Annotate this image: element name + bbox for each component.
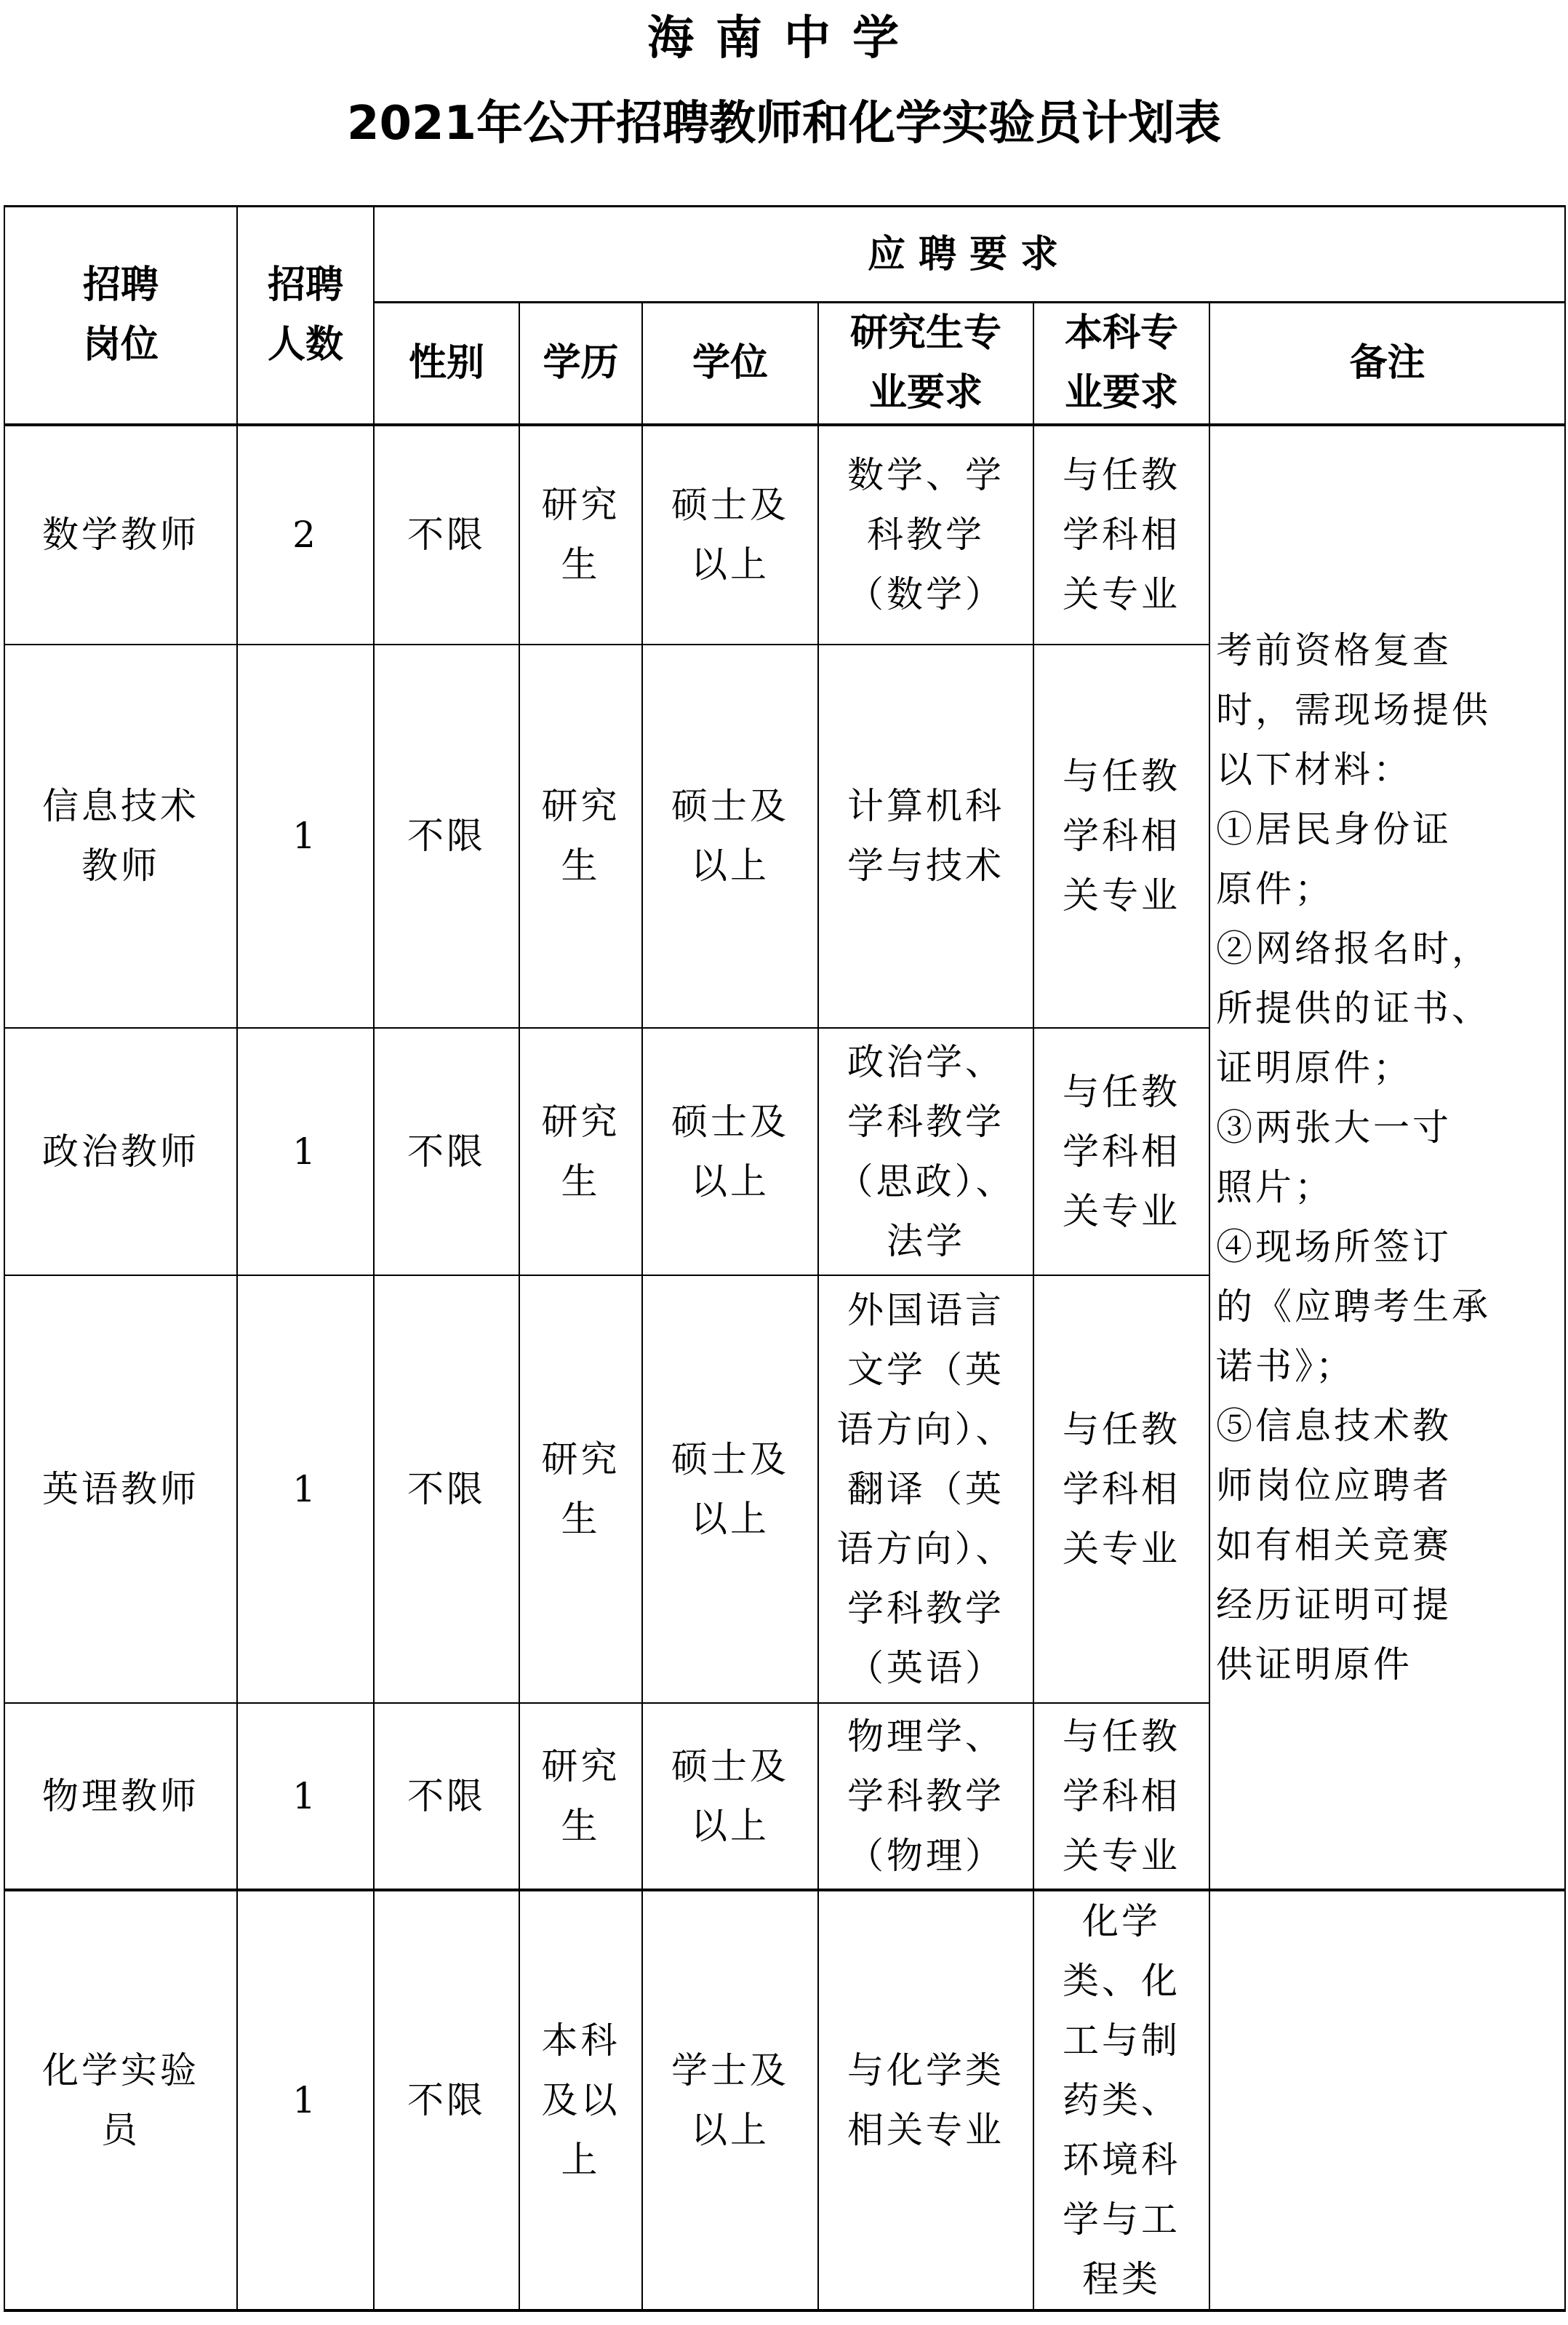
header-gender: 性别 — [374, 303, 519, 425]
cell-undergrad-major-line: 学科相 — [1040, 1122, 1203, 1181]
cell-undergrad-major-line: 药类、 — [1040, 2070, 1203, 2130]
cell-undergrad-major-line: 与任教 — [1040, 445, 1203, 505]
cell-gender: 不限 — [374, 1028, 519, 1275]
cell-education: 研究生 — [519, 1028, 642, 1275]
cell-grad-major: 物理学、学科教学（物理） — [818, 1703, 1033, 1890]
notes-line: 如有相关竞赛 — [1216, 1515, 1559, 1575]
cell-count: 1 — [237, 1028, 374, 1275]
cell-grad-major: 政治学、学科教学（思政）、法学 — [818, 1028, 1033, 1275]
cell-position-line: 化学实验 — [11, 2041, 231, 2100]
notes-line: 供证明原件 — [1216, 1635, 1559, 1694]
cell-undergrad-major: 与任教学科相关专业 — [1033, 645, 1209, 1028]
cell-education: 研究生 — [519, 1703, 642, 1890]
cell-degree: 硕士及以上 — [642, 1275, 818, 1703]
plan-title: 2021年公开招聘教师和化学实验员计划表 — [0, 91, 1568, 156]
cell-grad-major-line: 外国语言 — [825, 1280, 1027, 1340]
header-education: 学历 — [519, 303, 642, 425]
cell-gender: 不限 — [374, 1275, 519, 1703]
cell-undergrad-major: 化学类、化工与制药类、环境科学与工程类 — [1033, 1890, 1209, 2310]
cell-grad-major-line: 学与技术 — [825, 836, 1027, 896]
cell-education-line: 生 — [526, 1796, 636, 1856]
cell-grad-major-line: 相关专业 — [825, 2100, 1027, 2160]
cell-position-line: 数学教师 — [11, 505, 231, 565]
header-count-line: 招聘 — [244, 255, 367, 315]
notes-line: 以下材料： — [1216, 740, 1559, 799]
cell-grad-major-line: 翻译（英 — [825, 1459, 1027, 1519]
cell-undergrad-major-line: 学科相 — [1040, 505, 1203, 565]
cell-grad-major-line: 法学 — [825, 1211, 1027, 1271]
cell-gender: 不限 — [374, 645, 519, 1028]
cell-grad-major-line: 学科教学 — [825, 1579, 1027, 1638]
cell-education: 研究生 — [519, 645, 642, 1028]
cell-count: 1 — [237, 1275, 374, 1703]
cell-undergrad-major-line: 关专业 — [1040, 1826, 1203, 1886]
cell-degree-line: 以上 — [649, 535, 812, 594]
header-undergrad-major: 本科专 业要求 — [1033, 303, 1209, 425]
cell-grad-major: 外国语言文学（英语方向）、翻译（英语方向）、学科教学（英语） — [818, 1275, 1033, 1703]
header-grad-major-line: 研究生专 — [825, 303, 1027, 363]
cell-education-line: 生 — [526, 1152, 636, 1211]
recruitment-plan-table: 招聘 岗位 招聘 人数 应聘要求 性别 学历 学位 研究生专 业要求 本科专 业… — [4, 205, 1566, 2312]
cell-count: 1 — [237, 1703, 374, 1890]
cell-undergrad-major-line: 与任教 — [1040, 1707, 1203, 1766]
notes-line: 原件； — [1216, 859, 1559, 919]
notes-line: 诺书》； — [1216, 1336, 1559, 1396]
cell-degree: 硕士及以上 — [642, 425, 818, 645]
cell-undergrad-major-line: 关专业 — [1040, 1519, 1203, 1579]
cell-grad-major-line: 学科教学 — [825, 1092, 1027, 1152]
notes-line: 时，需现场提供 — [1216, 680, 1559, 740]
header-grad-major-line: 业要求 — [825, 363, 1027, 423]
cell-degree-line: 硕士及 — [649, 1429, 812, 1489]
cell-education-line: 上 — [526, 2130, 636, 2190]
cell-education-line: 及以 — [526, 2070, 636, 2130]
cell-undergrad-major-line: 关专业 — [1040, 1181, 1203, 1241]
header-count: 招聘 人数 — [237, 207, 374, 425]
notes-line: 证明原件； — [1216, 1038, 1559, 1098]
cell-degree-line: 以上 — [649, 1489, 812, 1549]
notes-line: 照片； — [1216, 1157, 1559, 1217]
table-row: 数学教师2不限研究生硕士及以上数学、学科教学（数学）与任教学科相关专业考前资格复… — [4, 425, 1565, 645]
cell-position-line: 信息技术 — [11, 776, 231, 836]
header-requirements-group: 应聘要求 — [374, 207, 1565, 303]
cell-degree-line: 硕士及 — [649, 1736, 812, 1796]
cell-grad-major-line: 政治学、 — [825, 1032, 1027, 1092]
cell-degree: 硕士及以上 — [642, 1703, 818, 1890]
cell-grad-major-line: 数学、学 — [825, 445, 1027, 505]
cell-undergrad-major-line: 工与制 — [1040, 2011, 1203, 2070]
cell-undergrad-major-line: 关专业 — [1040, 866, 1203, 925]
cell-grad-major-line: （物理） — [825, 1826, 1027, 1886]
notes-line: ①居民身份证 — [1216, 799, 1559, 859]
cell-grad-major-line: 物理学、 — [825, 1707, 1027, 1766]
cell-grad-major-line: 学科教学 — [825, 1766, 1027, 1826]
cell-degree-line: 硕士及 — [649, 776, 812, 836]
cell-grad-major-line: 科教学 — [825, 505, 1027, 565]
header-undergrad-major-line: 业要求 — [1040, 363, 1203, 423]
notes-line: 所提供的证书、 — [1216, 978, 1559, 1038]
cell-position: 英语教师 — [4, 1275, 237, 1703]
notes-line: 考前资格复查 — [1216, 621, 1559, 680]
notes-line: 师岗位应聘者 — [1216, 1456, 1559, 1515]
cell-notes-empty — [1209, 1890, 1565, 2310]
notes-line: ④现场所签订 — [1216, 1217, 1559, 1277]
cell-undergrad-major-line: 类、化 — [1040, 1951, 1203, 2011]
school-title: 海南中学 — [0, 6, 1568, 71]
cell-grad-major-line: 语方向）、 — [825, 1519, 1027, 1579]
cell-degree: 学士及以上 — [642, 1890, 818, 2310]
cell-grad-major: 与化学类相关专业 — [818, 1890, 1033, 2310]
cell-grad-major-line: （思政）、 — [825, 1152, 1027, 1211]
cell-education-line: 研究 — [526, 776, 636, 836]
cell-count: 1 — [237, 1890, 374, 2310]
cell-count: 1 — [237, 645, 374, 1028]
cell-degree-line: 以上 — [649, 1796, 812, 1856]
cell-grad-major-line: 计算机科 — [825, 776, 1027, 836]
cell-education: 研究生 — [519, 1275, 642, 1703]
header-position-line: 岗位 — [11, 315, 231, 375]
cell-grad-major-line: 文学（英 — [825, 1340, 1027, 1400]
cell-position-line: 政治教师 — [11, 1122, 231, 1181]
header-position: 招聘 岗位 — [4, 207, 237, 425]
cell-undergrad-major: 与任教学科相关专业 — [1033, 1275, 1209, 1703]
cell-count: 2 — [237, 425, 374, 645]
cell-education-line: 研究 — [526, 1092, 636, 1152]
cell-notes: 考前资格复查时，需现场提供以下材料：①居民身份证原件；②网络报名时，所提供的证书… — [1209, 425, 1565, 1890]
cell-degree-line: 硕士及 — [649, 1092, 812, 1152]
cell-degree: 硕士及以上 — [642, 645, 818, 1028]
cell-education-line: 研究 — [526, 1736, 636, 1796]
cell-gender: 不限 — [374, 425, 519, 645]
cell-undergrad-major-line: 化学 — [1040, 1891, 1203, 1951]
cell-position-line: 物理教师 — [11, 1766, 231, 1826]
cell-gender: 不限 — [374, 1703, 519, 1890]
cell-education-line: 生 — [526, 1489, 636, 1549]
cell-undergrad-major-line: 环境科 — [1040, 2130, 1203, 2190]
cell-undergrad-major-line: 学科相 — [1040, 1459, 1203, 1519]
cell-grad-major-line: （英语） — [825, 1638, 1027, 1698]
cell-education-line: 本科 — [526, 2011, 636, 2070]
notes-line: ⑤信息技术教 — [1216, 1396, 1559, 1456]
cell-position-line: 英语教师 — [11, 1459, 231, 1519]
notes-line: ②网络报名时， — [1216, 919, 1559, 978]
cell-gender: 不限 — [374, 1890, 519, 2310]
cell-undergrad-major: 与任教学科相关专业 — [1033, 1028, 1209, 1275]
cell-education: 研究生 — [519, 425, 642, 645]
table-row: 化学实验员1不限本科及以上学士及以上与化学类相关专业化学类、化工与制药类、环境科… — [4, 1890, 1565, 2310]
cell-undergrad-major: 与任教学科相关专业 — [1033, 425, 1209, 645]
cell-degree-line: 以上 — [649, 2100, 812, 2160]
cell-undergrad-major: 与任教学科相关专业 — [1033, 1703, 1209, 1890]
cell-position-line: 教师 — [11, 836, 231, 896]
cell-degree: 硕士及以上 — [642, 1028, 818, 1275]
cell-education-line: 研究 — [526, 475, 636, 535]
cell-position: 数学教师 — [4, 425, 237, 645]
cell-degree-line: 以上 — [649, 836, 812, 896]
cell-grad-major: 数学、学科教学（数学） — [818, 425, 1033, 645]
cell-education-line: 生 — [526, 836, 636, 896]
cell-degree-line: 硕士及 — [649, 475, 812, 535]
cell-undergrad-major-line: 学与工 — [1040, 2190, 1203, 2249]
header-grad-major: 研究生专 业要求 — [818, 303, 1033, 425]
cell-education-line: 研究 — [526, 1429, 636, 1489]
notes-line: ③两张大一寸 — [1216, 1098, 1559, 1157]
notes-line: 的《应聘考生承 — [1216, 1277, 1559, 1336]
header-position-line: 招聘 — [11, 255, 231, 315]
cell-position: 信息技术教师 — [4, 645, 237, 1028]
cell-degree-line: 学士及 — [649, 2041, 812, 2100]
cell-position: 物理教师 — [4, 1703, 237, 1890]
cell-undergrad-major-line: 程类 — [1040, 2249, 1203, 2309]
cell-undergrad-major-line: 学科相 — [1040, 1766, 1203, 1826]
notes-line: 经历证明可提 — [1216, 1575, 1559, 1635]
cell-undergrad-major-line: 关专业 — [1040, 565, 1203, 624]
cell-grad-major-line: 语方向）、 — [825, 1400, 1027, 1459]
cell-position-line: 员 — [11, 2100, 231, 2160]
cell-undergrad-major-line: 与任教 — [1040, 1400, 1203, 1459]
header-notes: 备注 — [1209, 303, 1565, 425]
cell-position: 政治教师 — [4, 1028, 237, 1275]
cell-position: 化学实验员 — [4, 1890, 237, 2310]
cell-undergrad-major-line: 与任教 — [1040, 746, 1203, 806]
cell-degree-line: 以上 — [649, 1152, 812, 1211]
cell-grad-major-line: 与化学类 — [825, 2041, 1027, 2100]
cell-undergrad-major-line: 学科相 — [1040, 806, 1203, 866]
header-undergrad-major-line: 本科专 — [1040, 303, 1203, 363]
cell-education-line: 生 — [526, 535, 636, 594]
cell-education: 本科及以上 — [519, 1890, 642, 2310]
header-count-line: 人数 — [244, 315, 367, 375]
cell-undergrad-major-line: 与任教 — [1040, 1062, 1203, 1122]
cell-grad-major: 计算机科学与技术 — [818, 645, 1033, 1028]
header-degree: 学位 — [642, 303, 818, 425]
cell-grad-major-line: （数学） — [825, 565, 1027, 624]
